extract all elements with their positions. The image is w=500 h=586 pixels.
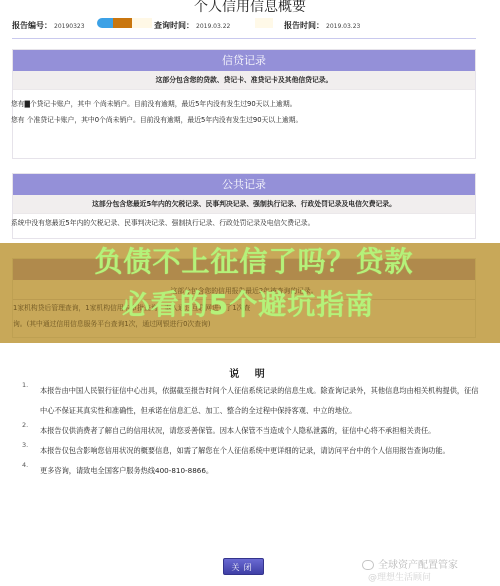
- section-body: 系统中没有您最近5年内的欠税记录、民事判决记录、强制执行记录、行政处罚记录及电信…: [13, 214, 475, 231]
- note-text: 本报告仅供消费者了解自己的信用状况，请您妥善保管。因本人保管不当造成个人隐私泄露…: [40, 421, 482, 441]
- report-time-label: 报告时间：: [284, 21, 324, 30]
- query-time: 查询时间：2019.03.22: [154, 20, 230, 31]
- overlay-headline: 必看的5个避坑指南: [0, 290, 498, 320]
- public-records-summary: 系统中没有您最近5年内的欠税记录、民事判决记录、强制执行记录、行政处罚记录及电信…: [11, 215, 475, 231]
- note-number: 2.: [22, 421, 28, 429]
- redaction-mark: [255, 18, 273, 28]
- notes-list: 1. 本报告由中国人民银行征信中心出具，依据截至报告时间个人征信系统记录的信息生…: [22, 381, 482, 481]
- section-subtitle: 这部分包含您的贷款、贷记卡、准贷记卡及其他信贷记录。: [13, 71, 475, 90]
- note-number: 1.: [22, 381, 28, 389]
- section-title: 公共记录: [13, 174, 475, 195]
- notes-title: 说 明: [0, 365, 500, 380]
- wechat-icon: [362, 560, 374, 570]
- note-item: 3. 本报告仅包含影响您信用状况的概要信息，如需了解您在个人征信系统中更详细的记…: [22, 441, 482, 461]
- section-title: 信贷记录: [13, 50, 475, 71]
- public-records-section: 公共记录 这部分包含您最近5年内的欠税记录、民事判决记录、强制执行记录、行政处罚…: [12, 173, 476, 239]
- report-meta: 报告编号：20190323 查询时间：2019.03.22 报告时间：2019.…: [12, 18, 492, 32]
- note-item: 1. 本报告由中国人民银行征信中心出具，依据截至报告时间个人征信系统记录的信息生…: [22, 381, 482, 421]
- note-number: 3.: [22, 441, 28, 449]
- section-subtitle: 这部分包含您最近5年内的欠税记录、民事判决记录、强制执行记录、行政处罚记录及电信…: [13, 195, 475, 214]
- query-time-label: 查询时间：: [154, 21, 194, 30]
- note-text: 更多咨询，请致电全国客户服务热线400-810-8866。: [40, 461, 482, 481]
- redaction-mark: [113, 18, 132, 28]
- note-number: 4.: [22, 461, 28, 469]
- report-number: 报告编号：20190323: [12, 20, 85, 31]
- section-body: 您有▇个贷记卡账户，其中 个尚未销户。目前没有逾期，最近5年内没有发生过90天以…: [13, 90, 475, 128]
- watermark: 全球资产配置管家 @理想生活顾问: [362, 556, 497, 584]
- report-number-label: 报告编号：: [12, 21, 52, 30]
- note-text: 本报告由中国人民银行征信中心出具，依据截至报告时间个人征信系统记录的信息生成。除…: [40, 381, 482, 421]
- credit-card-summary: 您有▇个贷记卡账户，其中 个尚未销户。目前没有逾期，最近5年内没有发生过90天以…: [11, 96, 475, 112]
- redaction-mark: [132, 18, 152, 28]
- semi-credit-card-summary: 您有 个准贷记卡账户，其中0个尚未销户。目前没有逾期，最近5年内没有发生过90天…: [11, 112, 475, 128]
- note-item: 2. 本报告仅供消费者了解自己的信用状况，请您妥善保管。因本人保管不当造成个人隐…: [22, 421, 482, 441]
- close-button[interactable]: 关闭: [223, 558, 264, 575]
- query-time-value: 2019.03.22: [196, 23, 230, 30]
- overlay-headline: 负债不上征信了吗？贷款: [4, 247, 500, 277]
- page-title: 个人信用信息概要: [0, 0, 500, 14]
- report-time-value: 2019.03.23: [326, 23, 360, 30]
- note-text: 本报告仅包含影响您信用状况的概要信息，如需了解您在个人征信系统中更详细的记录，请…: [40, 441, 482, 461]
- watermark-handle: @理想生活顾问: [368, 570, 431, 583]
- credit-records-section: 信贷记录 这部分包含您的贷款、贷记卡、准贷记卡及其他信贷记录。 您有▇个贷记卡账…: [12, 49, 476, 159]
- note-item: 4. 更多咨询，请致电全国客户服务热线400-810-8866。: [22, 461, 482, 481]
- report-number-value: 20190323: [54, 23, 85, 30]
- report-time: 报告时间：2019.03.23: [284, 20, 360, 31]
- header-divider: [12, 38, 476, 39]
- redaction-mark: [97, 18, 113, 28]
